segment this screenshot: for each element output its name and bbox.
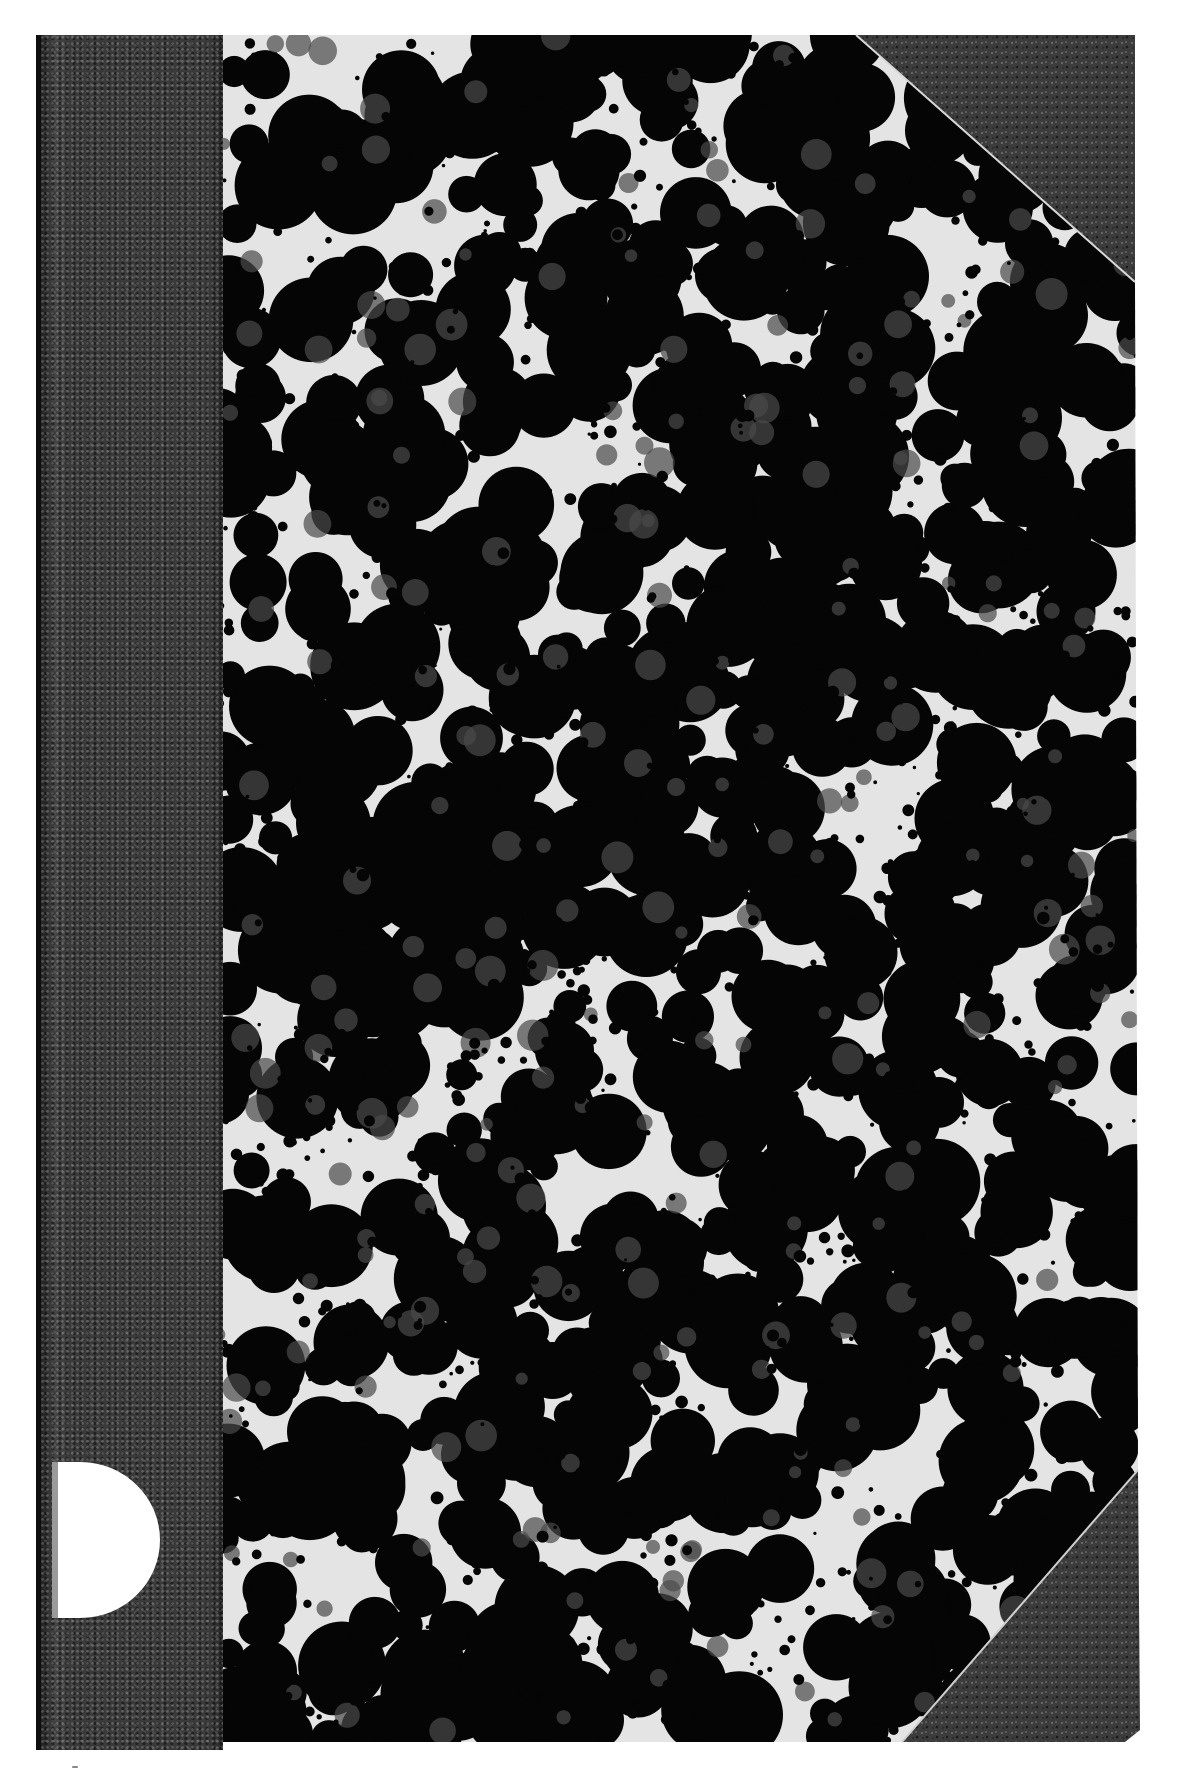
spine-label-edge (52, 1462, 58, 1618)
book-cover (30, 30, 1140, 1752)
scan-speck (72, 1766, 78, 1768)
